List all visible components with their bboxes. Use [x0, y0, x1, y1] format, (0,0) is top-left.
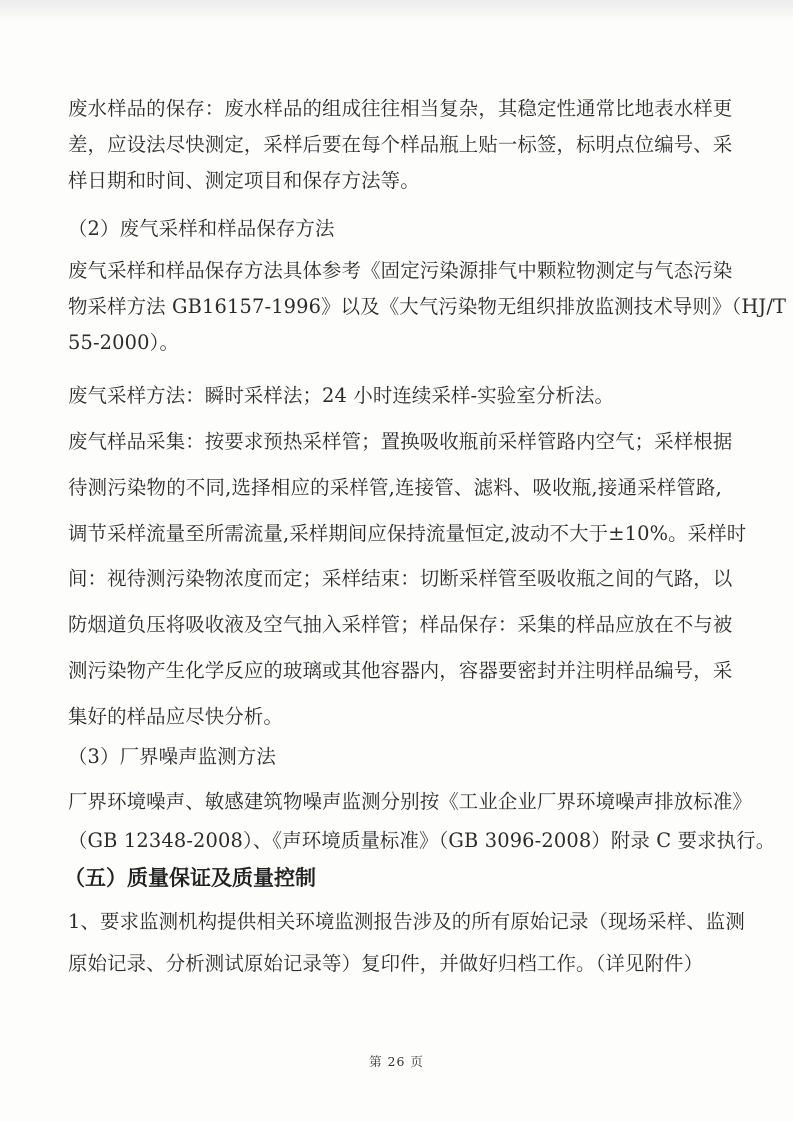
paragraph-line: 1、要求监测机构提供相关环境监测报告涉及的所有原始记录（现场采样、监测: [68, 910, 722, 934]
paragraph-line: 物采样方法 GB16157-1996》以及《大气污染物无组织排放监测技术导则》（…: [68, 295, 722, 319]
document-page: 废水样品的保存：废水样品的组成往往相当复杂，其稳定性通常比地表水样更 差，应设法…: [0, 0, 793, 1121]
paragraph-line: 防烟道负压将吸收液及空气抽入采样管；样品保存：采集的样品应放在不与被: [68, 613, 722, 637]
paragraph-line: 废气样品采集：按要求预热采样管；置换吸收瓶前采样管路内空气；采样根据: [68, 430, 722, 454]
paragraph-line: 测污染物产生化学反应的玻璃或其他容器内，容器要密封并注明样品编号，采: [68, 659, 722, 683]
paragraph-line: 55-2000）。: [68, 331, 728, 355]
paragraph-line: 样日期和时间、测定项目和保存方法等。: [68, 169, 728, 193]
paragraph-line: 厂界环境噪声、敏感建筑物噪声监测分别按《工业企业厂界环境噪声排放标准》: [68, 790, 722, 814]
section-heading: （五）质量保证及质量控制: [64, 865, 316, 891]
subsection-heading: （2）废气采样和样品保存方法: [68, 217, 728, 241]
paragraph-line: 调节采样流量至所需流量,采样期间应保持流量恒定,波动不大于±10%。采样时: [68, 522, 722, 546]
subsection-heading: （3）厂界噪声监测方法: [68, 745, 728, 769]
paragraph-line: 差，应设法尽快测定，采样后要在每个样品瓶上贴一标签，标明点位编号、采: [68, 133, 722, 157]
paragraph-line: 原始记录、分析测试原始记录等）复印件，并做好归档工作。（详见附件）: [68, 952, 728, 976]
paragraph-line: 集好的样品应尽快分析。: [68, 705, 728, 729]
paragraph-line: 废水样品的保存：废水样品的组成往往相当复杂，其稳定性通常比地表水样更: [68, 97, 722, 121]
paragraph-line: 废气采样方法：瞬时采样法；24 小时连续采样-实验室分析法。: [68, 384, 728, 408]
scan-edge: [0, 0, 793, 22]
paragraph-line: 废气采样和样品保存方法具体参考《固定污染源排气中颗粒物测定与气态污染: [68, 259, 722, 283]
paragraph-line: 待测污染物的不同,选择相应的采样管,连接管、滤料、吸收瓶,接通采样管路,: [68, 476, 722, 500]
paragraph-line: （GB 12348-2008）、《声环境质量标准》（GB 3096-2008）附…: [68, 829, 722, 853]
page-number: 第 26 页: [0, 1052, 793, 1070]
paragraph-line: 间：视待测污染物浓度而定；采样结束：切断采样管至吸收瓶之间的气路，以: [68, 567, 722, 591]
